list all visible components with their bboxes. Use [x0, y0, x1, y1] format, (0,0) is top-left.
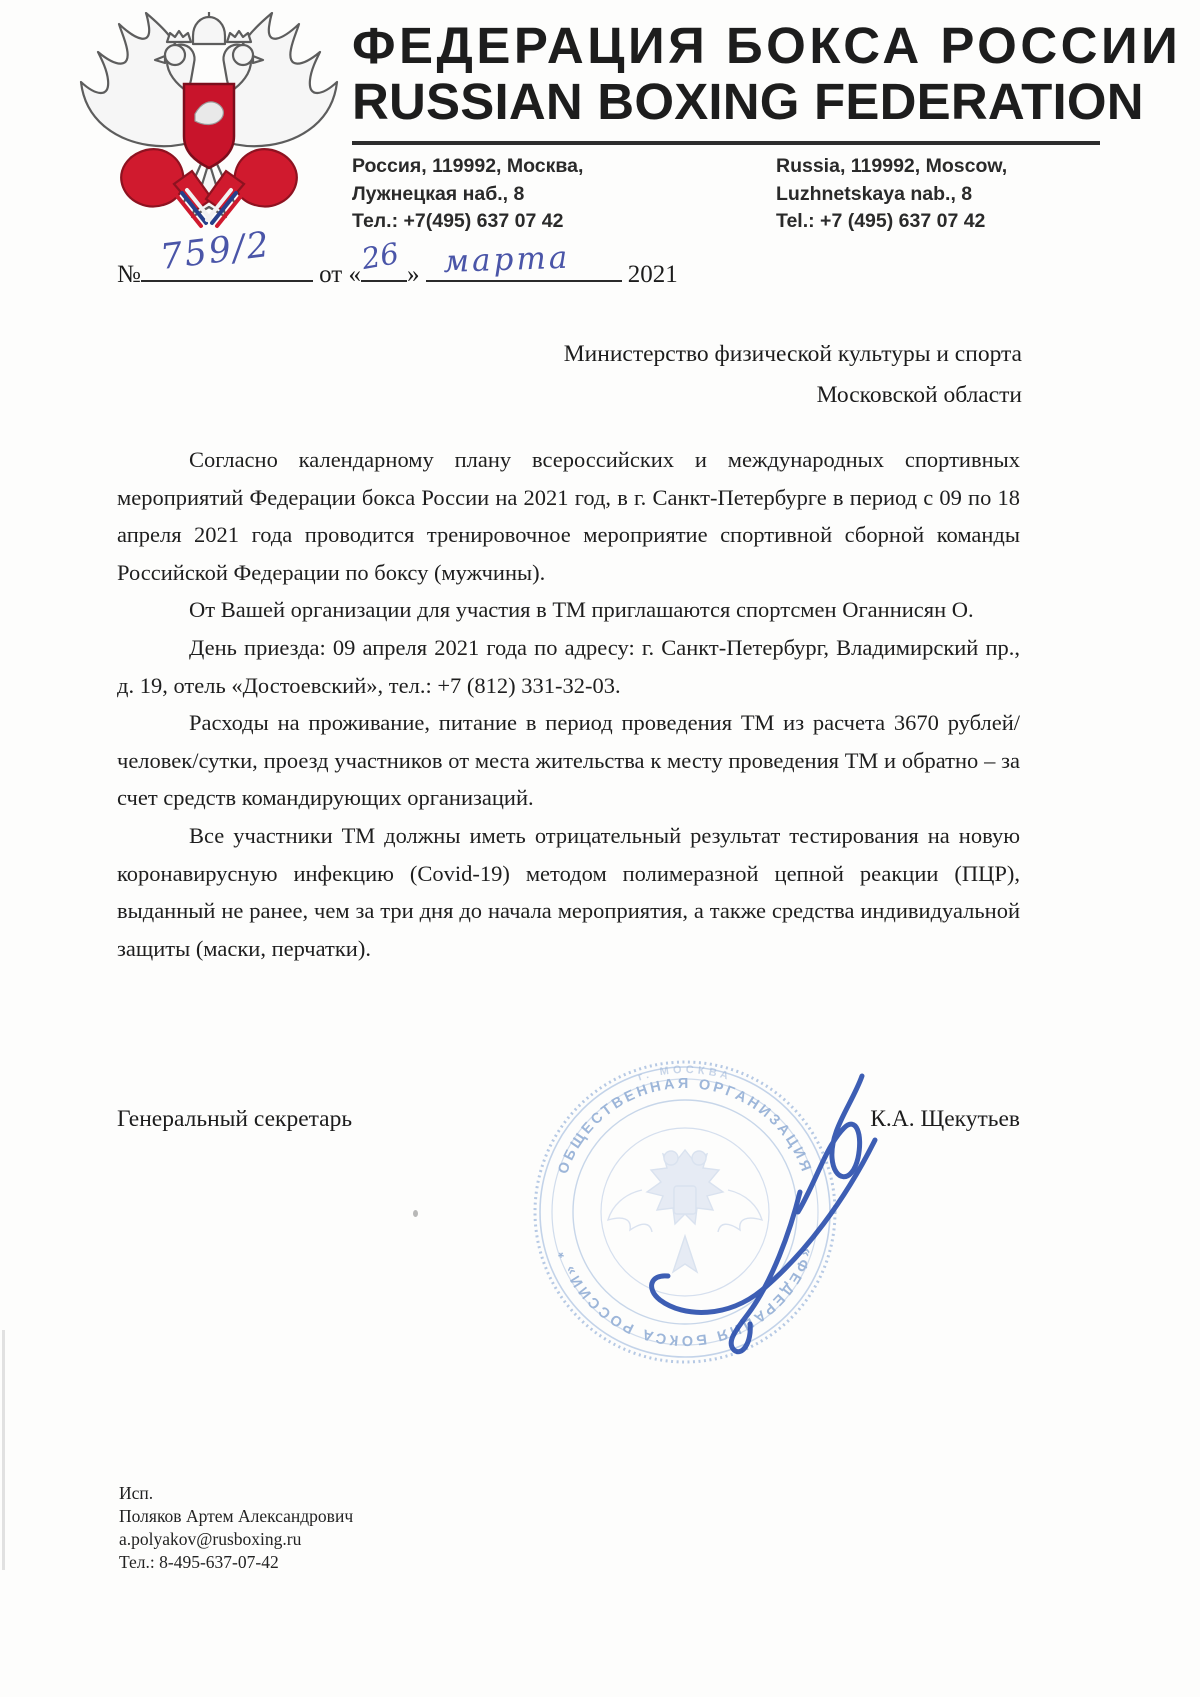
address-ru-line1: Россия, 119992, Москва, — [352, 153, 583, 181]
executor-block: Исп. Поляков Артем Александрович a.polya… — [119, 1482, 353, 1574]
executor-email: a.polyakov@rusboxing.ru — [119, 1528, 353, 1551]
federation-title-ru: ФЕДЕРАЦИЯ БОКСА РОССИИ — [352, 18, 1100, 74]
scan-edge-artifact — [2, 1330, 5, 1570]
address-ru-line3: Тел.: +7(495) 637 07 42 — [352, 208, 583, 236]
recipient-block: Министерство физической культуры и спорт… — [564, 334, 1022, 416]
close-quote: » — [407, 261, 420, 288]
recipient-line2: Московской области — [564, 375, 1022, 416]
month-field: марта — [426, 250, 622, 282]
paragraph-invitation: От Вашей организации для участия в ТМ пр… — [117, 591, 1020, 629]
letterhead: ФЕДЕРАЦИЯ БОКСА РОССИИ RUSSIAN BOXING FE… — [352, 18, 1100, 130]
address-block-en: Russia, 119992, Moscow, Luzhnetskaya nab… — [776, 153, 1007, 236]
paragraph-arrival: День приезда: 09 апреля 2021 года по адр… — [117, 629, 1020, 704]
executor-phone: Тел.: 8-495-637-07-42 — [119, 1551, 353, 1574]
signer-position: Генеральный секретарь — [117, 1106, 352, 1133]
paragraph-covid: Все участники ТМ должны иметь отрицатель… — [117, 817, 1020, 967]
letter-body: Согласно календарному плану всероссийски… — [117, 441, 1020, 967]
handwritten-day: 26 — [359, 236, 401, 276]
header-divider — [352, 141, 1100, 145]
federation-title-en: RUSSIAN BOXING FEDERATION — [352, 74, 1100, 130]
address-en-line1: Russia, 119992, Moscow, — [776, 153, 1007, 181]
reference-line: №759/2 от «26» марта2021 — [117, 250, 678, 289]
year-label: 2021 — [628, 261, 678, 288]
address-en-line2: Luzhnetskaya nab., 8 — [776, 181, 1007, 209]
shield-icon — [184, 84, 234, 168]
paragraph-expenses: Расходы на проживание, питание в период … — [117, 704, 1020, 817]
executor-label: Исп. — [119, 1482, 353, 1505]
boxing-federation-eagle-emblem-icon — [74, 12, 344, 230]
letter-page: ФЕДЕРАЦИЯ БОКСА РОССИИ RUSSIAN BOXING FE… — [0, 0, 1200, 1697]
stamp-eagle-icon — [608, 1150, 762, 1272]
handwritten-month: марта — [442, 240, 570, 280]
document-number-field: 759/2 — [141, 250, 313, 282]
round-stamp-and-signature: ОБЩЕСТВЕННАЯ ОРГАНИЗАЦИЯ «ФЕДЕРАЦИЯ БОКС… — [500, 1040, 900, 1380]
scan-dot-artifact — [413, 1210, 418, 1217]
address-ru-line2: Лужнецкая наб., 8 — [352, 181, 583, 209]
paragraph-schedule: Согласно календарному плану всероссийски… — [117, 441, 1020, 591]
executor-name: Поляков Артем Александрович — [119, 1505, 353, 1528]
address-block-ru: Россия, 119992, Москва, Лужнецкая наб., … — [352, 153, 583, 236]
address-en-line3: Tel.: +7 (495) 637 07 42 — [776, 208, 1007, 236]
day-field: 26 — [361, 250, 407, 282]
date-from-label: от « — [319, 261, 361, 288]
recipient-line1: Министерство физической культуры и спорт… — [564, 334, 1022, 375]
handwritten-document-number: 759/2 — [158, 225, 273, 278]
number-label: № — [117, 261, 141, 288]
